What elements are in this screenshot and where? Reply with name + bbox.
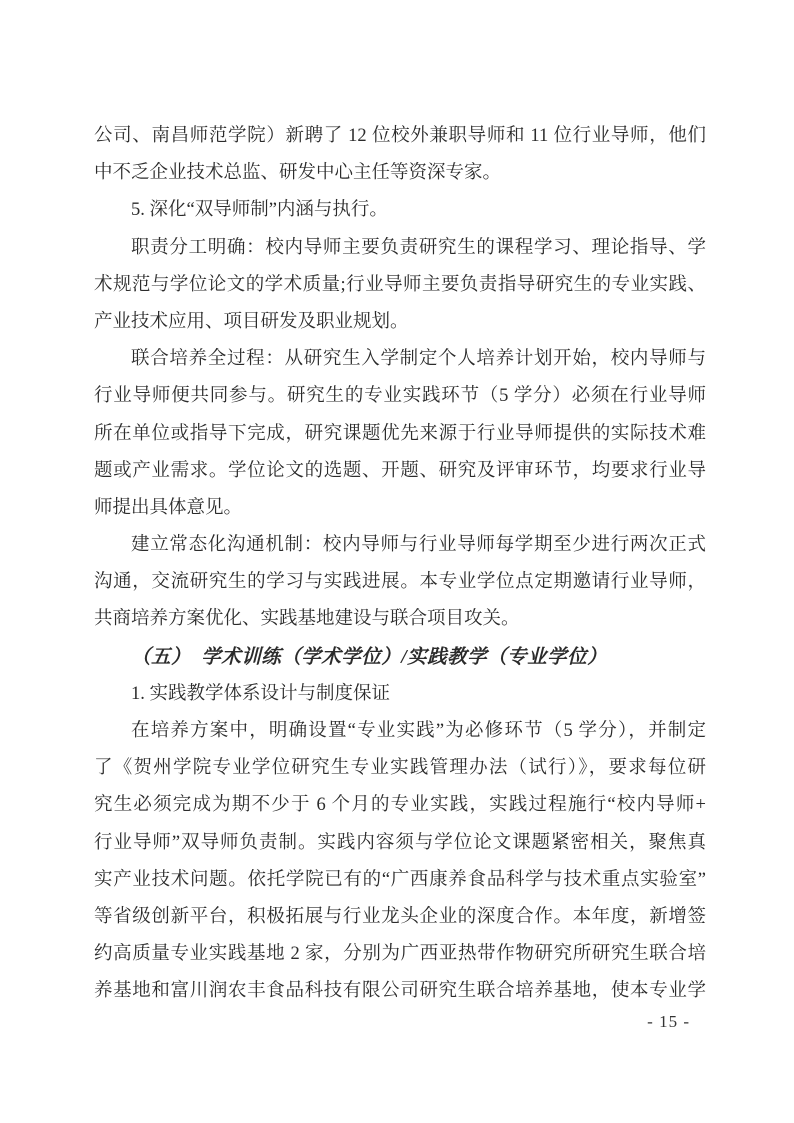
text-line: （五） 学术训练（学术学位）/实践教学（专业学位）: [94, 639, 706, 676]
text-line: 公司、南昌师范学院）新聘了 12 位校外兼职导师和 11 位行业导师，他们: [94, 118, 706, 155]
text-line: 师提出具体意见。: [94, 490, 706, 527]
text-line: 建立常态化沟通机制：校内导师与行业导师每学期至少进行两次正式: [94, 527, 706, 564]
text-line: 共商培养方案优化、实践基地建设与联合项目攻关。: [94, 601, 706, 638]
text-content: 公司、南昌师范学院）新聘了 12 位校外兼职导师和 11 位行业导师，他们中不乏…: [94, 118, 706, 1011]
numbered-item-1: 1. 实践教学体系设计与制度保证: [94, 676, 706, 713]
paragraph-communication-mechanism: 建立常态化沟通机制：校内导师与行业导师每学期至少进行两次正式沟通，交流研究生的学…: [94, 527, 706, 639]
paragraph-joint-training: 联合培养全过程：从研究生入学制定个人培养计划开始，校内导师与行业导师便共同参与。…: [94, 341, 706, 527]
page-number: - 15 -: [647, 1008, 690, 1036]
paragraph-practice-teaching: 在培养方案中，明确设置“专业实践”为必修环节（5 学分），并制定了《贺州学院专业…: [94, 713, 706, 1011]
text-line: 产业技术应用、项目研发及职业规划。: [94, 304, 706, 341]
paragraph-continuation: 公司、南昌师范学院）新聘了 12 位校外兼职导师和 11 位行业导师，他们中不乏…: [94, 118, 706, 192]
text-line: 约高质量专业实践基地 2 家，分别为广西亚热带作物研究所研究生联合培: [94, 936, 706, 973]
text-line: 5. 深化“双导师制”内涵与执行。: [94, 192, 706, 229]
text-line: 术规范与学位论文的学术质量;行业导师主要负责指导研究生的专业实践、: [94, 267, 706, 304]
text-line: 题或产业需求。学位论文的选题、开题、研究及评审环节，均要求行业导: [94, 453, 706, 490]
text-line: 究生必须完成为期不少于 6 个月的专业实践，实践过程施行“校内导师+: [94, 787, 706, 824]
section-heading-5: （五） 学术训练（学术学位）/实践教学（专业学位）: [94, 639, 706, 676]
text-line: 联合培养全过程：从研究生入学制定个人培养计划开始，校内导师与: [94, 341, 706, 378]
paragraph-duty-division: 职责分工明确：校内导师主要负责研究生的课程学习、理论指导、学术规范与学位论文的学…: [94, 230, 706, 342]
text-line: 在培养方案中，明确设置“专业实践”为必修环节（5 学分），并制定: [94, 713, 706, 750]
numbered-item-5: 5. 深化“双导师制”内涵与执行。: [94, 192, 706, 229]
text-line: 等省级创新平台，积极拓展与行业龙头企业的深度合作。本年度，新增签: [94, 899, 706, 936]
text-line: 1. 实践教学体系设计与制度保证: [94, 676, 706, 713]
text-line: 所在单位或指导下完成，研究课题优先来源于行业导师提供的实际技术难: [94, 416, 706, 453]
text-line: 养基地和富川润农丰食品科技有限公司研究生联合培养基地，使本专业学: [94, 973, 706, 1010]
text-line: 了《贺州学院专业学位研究生专业实践管理办法（试行）》，要求每位研: [94, 750, 706, 787]
document-page: 公司、南昌师范学院）新聘了 12 位校外兼职导师和 11 位行业导师，他们中不乏…: [0, 0, 794, 1123]
text-line: 沟通，交流研究生的学习与实践进展。本专业学位点定期邀请行业导师，: [94, 564, 706, 601]
text-line: 行业导师”双导师负责制。实践内容须与学位论文课题紧密相关，聚焦真: [94, 825, 706, 862]
text-line: 行业导师便共同参与。研究生的专业实践环节（5 学分）必须在行业导师: [94, 378, 706, 415]
text-line: 实产业技术问题。依托学院已有的“广西康养食品科学与技术重点实验室”: [94, 862, 706, 899]
text-line: 职责分工明确：校内导师主要负责研究生的课程学习、理论指导、学: [94, 230, 706, 267]
text-line: 中不乏企业技术总监、研发中心主任等资深专家。: [94, 155, 706, 192]
